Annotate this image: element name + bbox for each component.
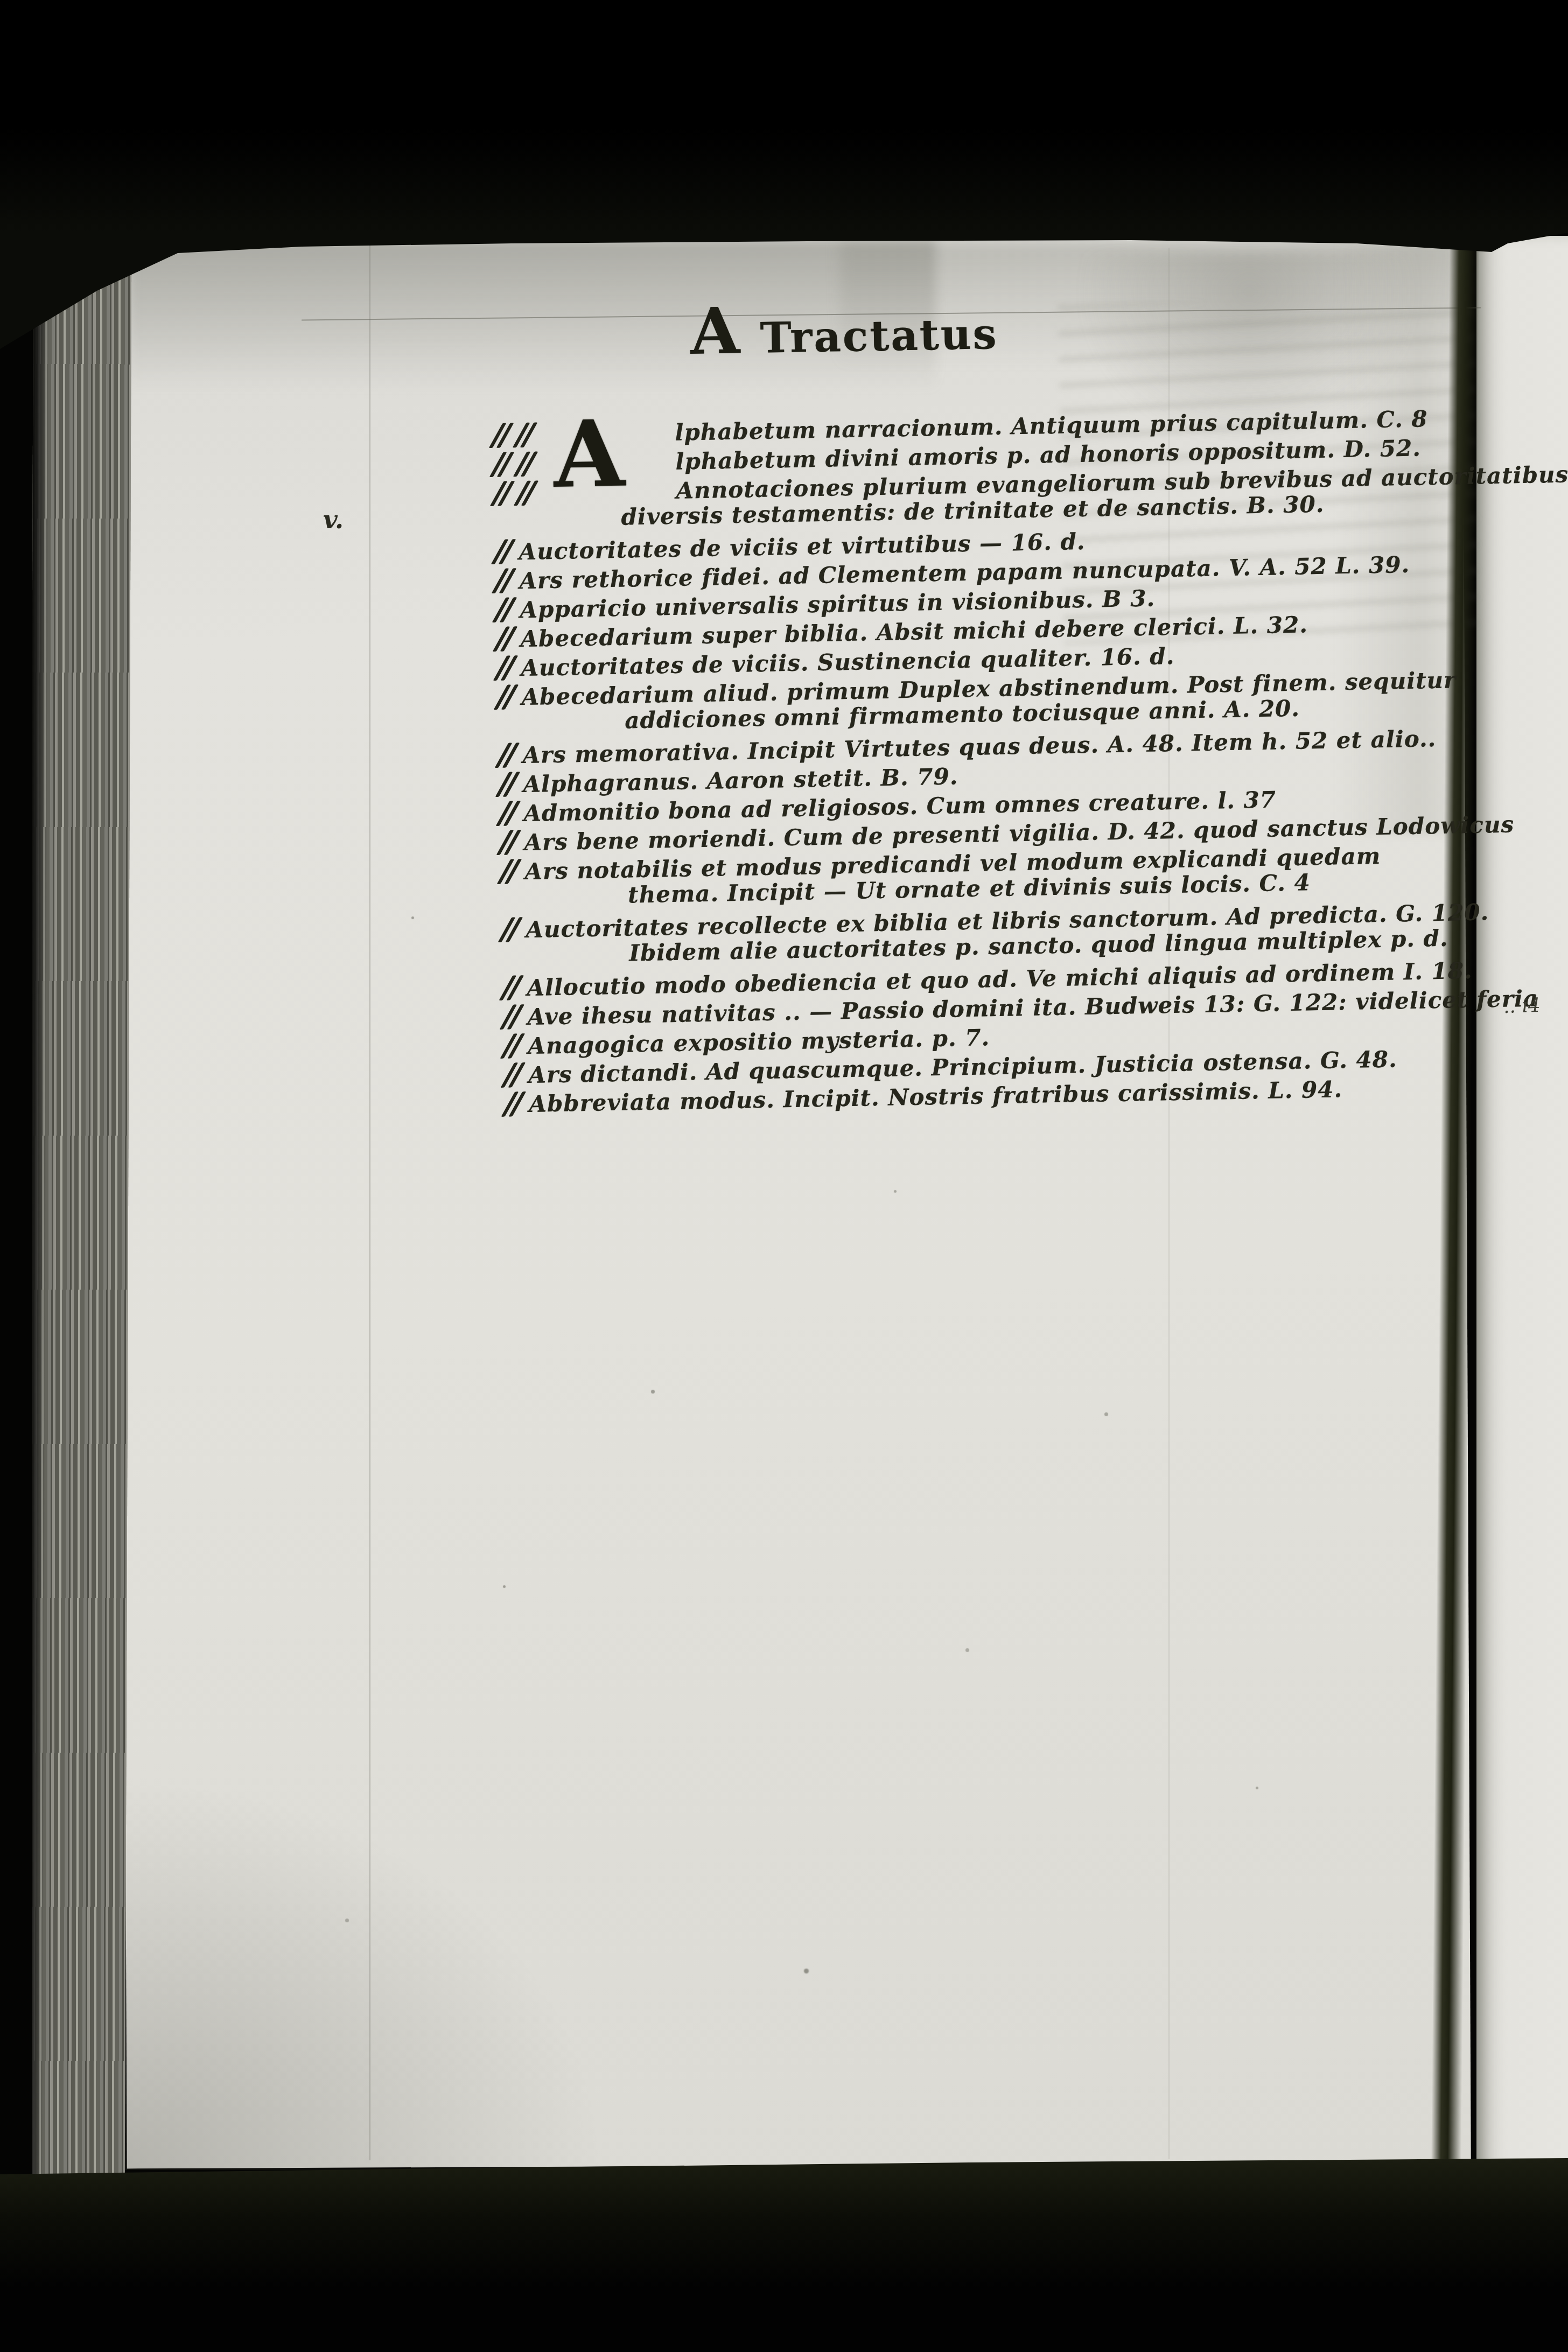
background-bottom bbox=[0, 2158, 1568, 2352]
left-margin-mark: v. bbox=[323, 505, 344, 534]
contents-lines: lphabetum narracionum. Antiquum prius ca… bbox=[493, 400, 1528, 1117]
background-left bbox=[0, 0, 32, 2352]
decorated-initial: A bbox=[553, 408, 626, 501]
paper-corner-shade bbox=[123, 1777, 607, 2170]
page-heading: ATractatus bbox=[690, 295, 998, 364]
contents-text-block: A lphabetum narracionum. Antiquum prius … bbox=[493, 400, 1528, 1117]
paragraphus-icon bbox=[510, 422, 540, 447]
heading-initial-letter: A bbox=[690, 293, 740, 369]
paragraphus-icon bbox=[510, 451, 541, 477]
manuscript-photo: ATractatus v. A lphabetum narracionum. A… bbox=[0, 0, 1568, 2352]
heading-title: Tractatus bbox=[760, 310, 998, 363]
paragraphus-icon bbox=[511, 480, 541, 506]
book-fore-edge bbox=[27, 230, 132, 2195]
ruled-line-vertical bbox=[369, 243, 370, 2160]
right-margin-note: .. i4 bbox=[1503, 995, 1541, 1018]
